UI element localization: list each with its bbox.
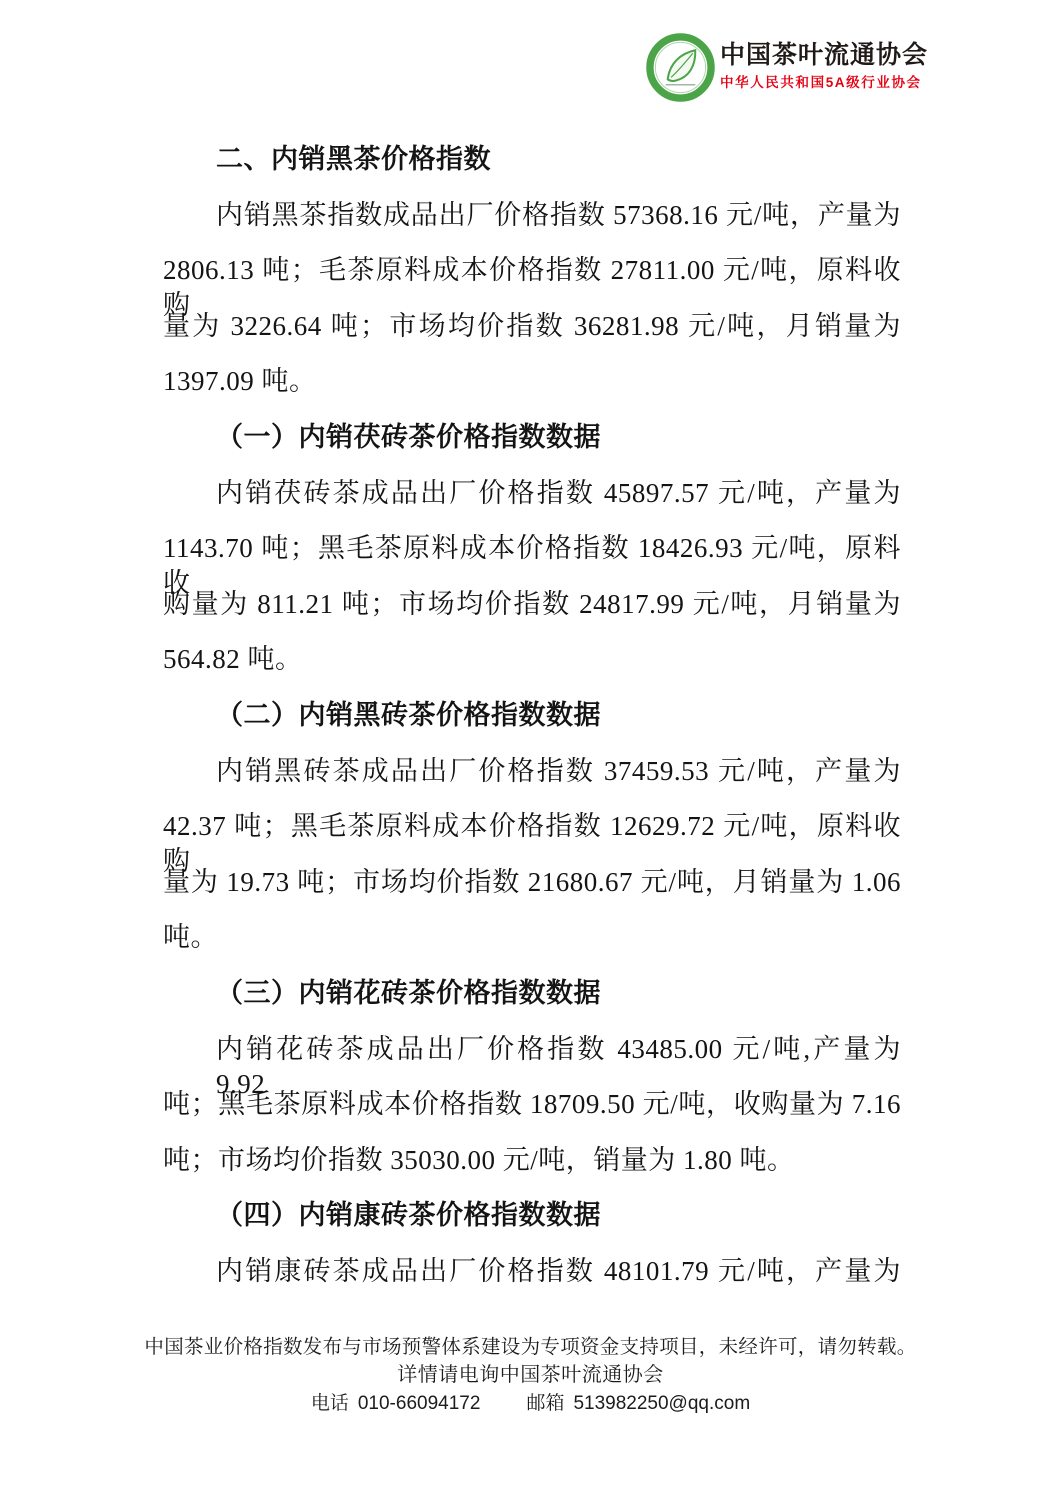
org-name: 中国茶叶流通协会	[720, 41, 928, 71]
paragraph-line: 量为 19.73 吨；市场均价指数 21680.67 元/吨，月销量为 1.06	[163, 865, 901, 921]
paragraph-line: 吨。	[163, 920, 901, 976]
page-footer: 中国茶业价格指数发布与市场预警体系建设为专项资金支持项目，未经许可，请勿转载。 …	[0, 1334, 1061, 1417]
paragraph-line: 内销黑砖茶成品出厂价格指数 37459.53 元/吨，产量为	[163, 754, 901, 810]
section-heading: 二、内销黑茶价格指数	[163, 142, 901, 198]
section-heading: （二）内销黑砖茶价格指数数据	[163, 698, 901, 754]
paragraph-line: 内销花砖茶成品出厂价格指数 43485.00 元/吨,产量为 9.92	[163, 1032, 901, 1088]
paragraph-line: 2806.13 吨；毛茶原料成本价格指数 27811.00 元/吨，原料收购	[163, 253, 901, 309]
paragraph-line: 1143.70 吨；黑毛茶原料成本价格指数 18426.93 元/吨，原料收	[163, 531, 901, 587]
email-label: 邮箱	[526, 1393, 564, 1414]
footer-contact-line: 详情请电询中国茶叶流通协会	[0, 1362, 1061, 1389]
org-header: 中国茶叶流通协会 中华人民共和国5A级行业协会	[646, 33, 928, 102]
email-address: 513982250@qq.com	[573, 1393, 750, 1414]
paragraph-line: 内销黑茶指数成品出厂价格指数 57368.16 元/吨，产量为	[163, 198, 901, 254]
paragraph-line: 内销茯砖茶成品出厂价格指数 45897.57 元/吨，产量为	[163, 476, 901, 532]
association-logo-icon	[646, 33, 715, 102]
paragraph-line: 吨；市场均价指数 35030.00 元/吨，销量为 1.80 吨。	[163, 1143, 901, 1199]
paragraph-line: 吨；黑毛茶原料成本价格指数 18709.50 元/吨，收购量为 7.16	[163, 1087, 901, 1143]
phone-number: 010-66094172	[358, 1393, 481, 1414]
paragraph-line: 量为 3226.64 吨；市场均价指数 36281.98 元/吨，月销量为	[163, 309, 901, 365]
phone-label: 电话	[311, 1393, 349, 1414]
paragraph-line: 购量为 811.21 吨；市场均价指数 24817.99 元/吨，月销量为	[163, 587, 901, 643]
section-heading: （三）内销花砖茶价格指数数据	[163, 976, 901, 1032]
footer-contact-details: 电话010-66094172邮箱513982250@qq.com	[0, 1390, 1061, 1417]
document-body: 二、内销黑茶价格指数内销黑茶指数成品出厂价格指数 57368.16 元/吨，产量…	[163, 142, 901, 1309]
paragraph-line: 1397.09 吨。	[163, 364, 901, 420]
paragraph-line: 564.82 吨。	[163, 642, 901, 698]
paragraph-line: 42.37 吨；黑毛茶原料成本价格指数 12629.72 元/吨，原料收购	[163, 809, 901, 865]
section-heading: （一）内销茯砖茶价格指数数据	[163, 420, 901, 476]
page: 中国茶叶流通协会 中华人民共和国5A级行业协会 二、内销黑茶价格指数内销黑茶指数…	[0, 0, 1061, 1500]
org-text-block: 中国茶叶流通协会 中华人民共和国5A级行业协会	[720, 33, 928, 91]
paragraph-line: 内销康砖茶成品出厂价格指数 48101.79 元/吨，产量为	[163, 1254, 901, 1310]
section-heading: （四）内销康砖茶价格指数数据	[163, 1198, 901, 1254]
footer-notice: 中国茶业价格指数发布与市场预警体系建设为专项资金支持项目，未经许可，请勿转载。	[0, 1334, 1061, 1362]
org-subtitle: 中华人民共和国5A级行业协会	[720, 75, 928, 91]
